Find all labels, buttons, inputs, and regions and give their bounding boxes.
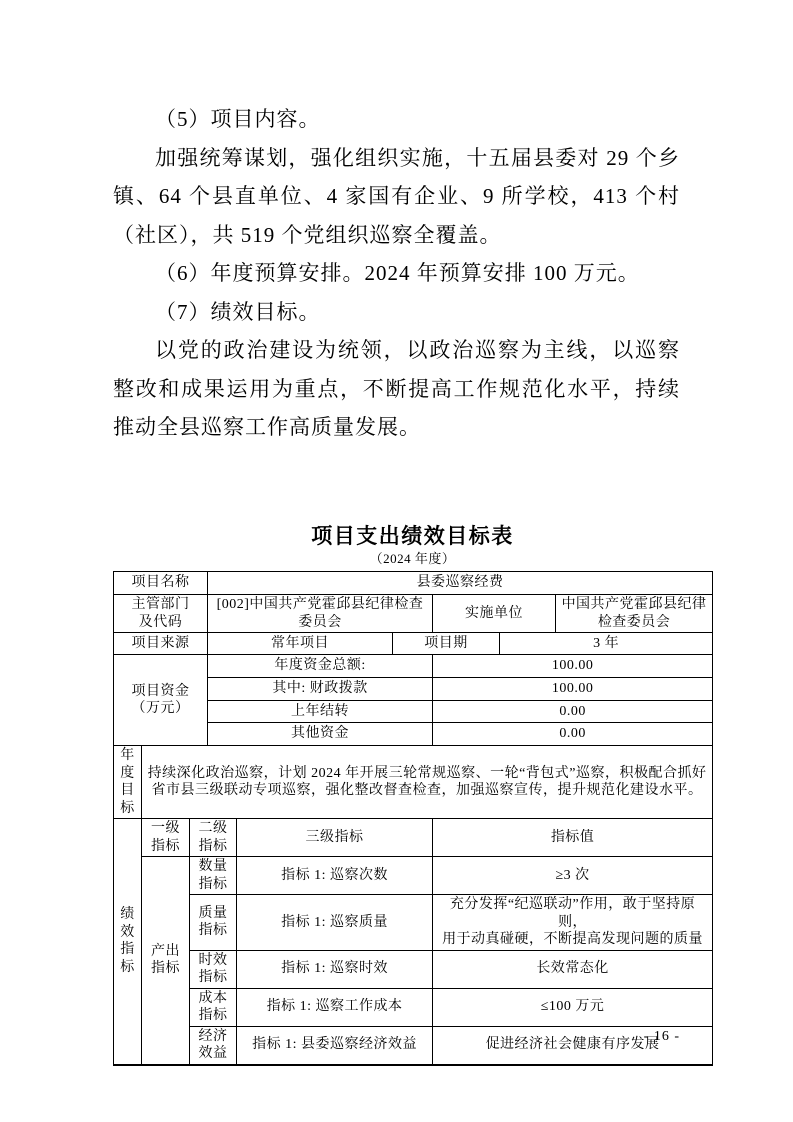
indicator-quantity-name: 指标 1: 巡察次数 [237, 857, 433, 895]
performance-table-block: 项目支出绩效目标表 （2024 年度） 项目名称 县委巡察经费 主管部门 及代码… [113, 524, 712, 1066]
table-subtitle: （2024 年度） [113, 551, 712, 567]
funding-fiscal-label: 其中: 财政拨款 [208, 678, 433, 701]
value-header: 指标值 [433, 819, 713, 857]
source-label: 项目来源 [114, 633, 208, 655]
paragraph-item5-content: 加强统筹谋划，强化组织实施，十五届县委对 29 个乡镇、64 个县直单位、4 家… [113, 139, 680, 255]
table-row: 主管部门 及代码 [002]中国共产党霍邱县纪律检查 委员会 实施单位 中国共产… [114, 595, 713, 633]
impl-unit-label: 实施单位 [433, 595, 556, 633]
indicator-quantity-value: ≥3 次 [433, 857, 713, 895]
annual-goal-label: 年 度 目 标 [114, 746, 142, 819]
level2-header: 二级 指标 [190, 819, 237, 857]
period-label: 项目期 [393, 633, 500, 655]
indicator-quality-value: 充分发挥“纪巡联动”作用，敢于坚持原则， 用于动真碰硬，不断提高发现问题的质量 [433, 895, 713, 951]
table-row: 时效 指标 指标 1: 巡察时效 长效常态化 [114, 950, 713, 988]
level1-header: 一级 指标 [142, 819, 190, 857]
dept-value: [002]中国共产党霍邱县纪律检查 委员会 [208, 595, 433, 633]
body-text: （5）项目内容。 加强统筹谋划，强化组织实施，十五届县委对 29 个乡镇、64 … [113, 100, 680, 447]
table-row: 成本 指标 指标 1: 巡察工作成本 ≤100 万元 [114, 988, 713, 1026]
funding-carryover-value: 0.00 [433, 701, 713, 723]
paragraph-item6: （6）年度预算安排。2024 年预算安排 100 万元。 [113, 254, 680, 293]
funding-fiscal-value: 100.00 [433, 678, 713, 701]
source-value: 常年项目 [208, 633, 393, 655]
performance-target-table: 项目名称 县委巡察经费 主管部门 及代码 [002]中国共产党霍邱县纪律检查 委… [113, 571, 713, 1066]
project-name-label: 项目名称 [114, 572, 208, 595]
indicator-quality-name: 指标 1: 巡察质量 [237, 895, 433, 951]
funding-label: 项目资金 （万元） [114, 655, 208, 746]
document-page: （5）项目内容。 加强统筹谋划，强化组织实施，十五届县委对 29 个乡镇、64 … [0, 0, 793, 1122]
table-row: 产出 指标 数量 指标 指标 1: 巡察次数 ≥3 次 [114, 857, 713, 895]
indicator-timeliness-label: 时效 指标 [190, 950, 237, 988]
indicator-cost-value: ≤100 万元 [433, 988, 713, 1026]
funding-other-label: 其他资金 [208, 723, 433, 746]
indicator-cost-label: 成本 指标 [190, 988, 237, 1026]
annual-goal-text: 持续深化政治巡察，计划 2024 年开展三轮常规巡察、一轮“背包式”巡察，积极配… [142, 746, 713, 819]
page-number: - 16 - [113, 1029, 712, 1045]
indicator-timeliness-value: 长效常态化 [433, 950, 713, 988]
paragraph-item5: （5）项目内容。 [113, 100, 680, 139]
table-row: 绩 效 指 标 一级 指标 二级 指标 三级指标 指标值 [114, 819, 713, 857]
indicators-label: 绩 效 指 标 [114, 819, 142, 1065]
table-row: 项目资金 （万元） 年度资金总额: 100.00 [114, 655, 713, 678]
dept-label: 主管部门 及代码 [114, 595, 208, 633]
indicator-quality-label: 质量 指标 [190, 895, 237, 951]
table-row: 质量 指标 指标 1: 巡察质量 充分发挥“纪巡联动”作用，敢于坚持原则， 用于… [114, 895, 713, 951]
project-name-value: 县委巡察经费 [208, 572, 713, 595]
impl-unit-value: 中国共产党霍邱县纪律 检查委员会 [556, 595, 713, 633]
paragraph-item7-content: 以党的政治建设为统领，以政治巡察为主线，以巡察整改和成果运用为重点，不断提高工作… [113, 331, 680, 447]
indicator-quantity-label: 数量 指标 [190, 857, 237, 895]
funding-total-label: 年度资金总额: [208, 655, 433, 678]
table-row: 年 度 目 标 持续深化政治巡察，计划 2024 年开展三轮常规巡察、一轮“背包… [114, 746, 713, 819]
funding-other-value: 0.00 [433, 723, 713, 746]
funding-carryover-label: 上年结转 [208, 701, 433, 723]
funding-total-value: 100.00 [433, 655, 713, 678]
period-value: 3 年 [500, 633, 713, 655]
indicator-cost-name: 指标 1: 巡察工作成本 [237, 988, 433, 1026]
table-title: 项目支出绩效目标表 [113, 524, 712, 550]
indicator-timeliness-name: 指标 1: 巡察时效 [237, 950, 433, 988]
table-row: 项目名称 县委巡察经费 [114, 572, 713, 595]
paragraph-item7: （7）绩效目标。 [113, 293, 680, 332]
level3-header: 三级指标 [237, 819, 433, 857]
table-row: 项目来源 常年项目 项目期 3 年 [114, 633, 713, 655]
